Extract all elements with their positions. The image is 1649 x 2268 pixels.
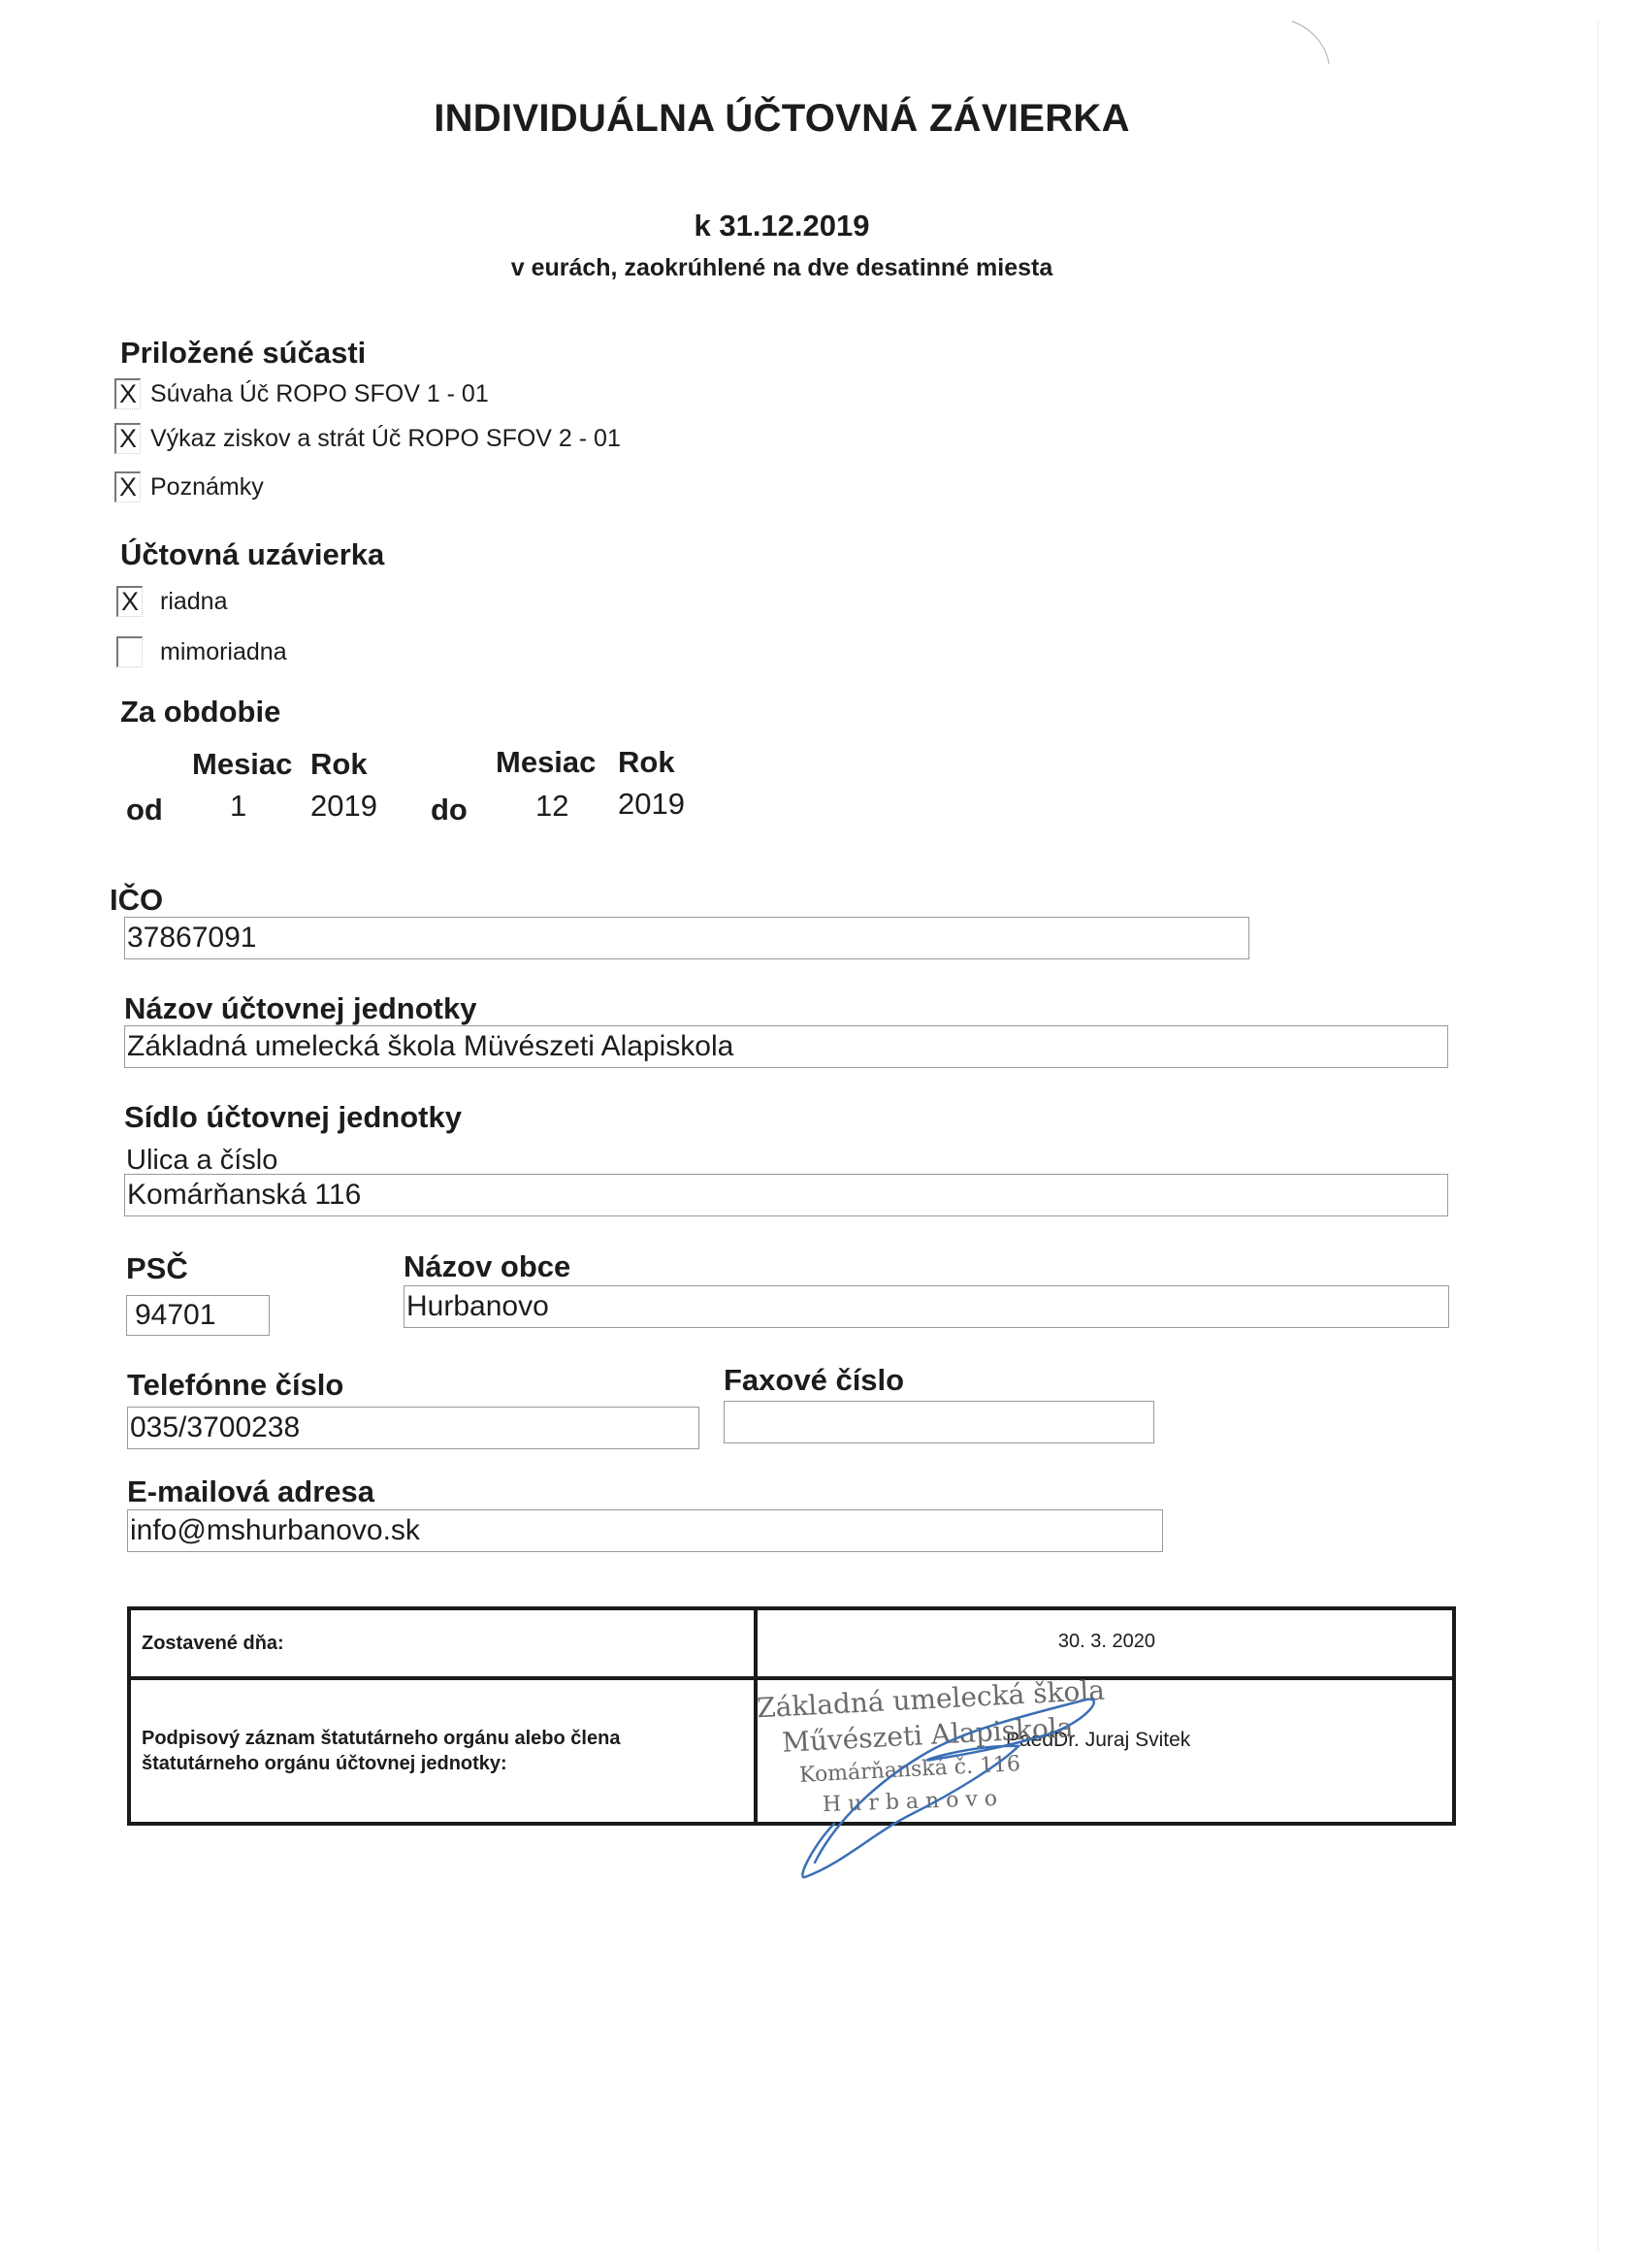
to-label: do xyxy=(431,793,468,827)
signature-label-line1: Podpisový záznam štatutárneho orgánu ale… xyxy=(142,1726,753,1751)
attached-item-balance-sheet[interactable]: X Súvaha Úč ROPO SFOV 1 - 01 xyxy=(114,378,489,409)
page-edge-divider xyxy=(1598,19,1599,2251)
attached-parts-heading: Priložené súčasti xyxy=(120,336,366,371)
from-year-value: 2019 xyxy=(310,789,377,824)
psc-label: PSČ xyxy=(126,1251,188,1286)
checkbox-label: Poznámky xyxy=(150,473,264,502)
city-field[interactable]: Hurbanovo xyxy=(404,1285,1449,1328)
checkbox[interactable] xyxy=(116,636,143,667)
ico-label: IČO xyxy=(110,883,163,918)
city-label: Názov obce xyxy=(404,1249,570,1284)
checkbox-label: Súvaha Úč ROPO SFOV 1 - 01 xyxy=(150,380,489,408)
to-year-value: 2019 xyxy=(618,787,685,822)
attached-item-income-statement[interactable]: X Výkaz ziskov a strát Úč ROPO SFOV 2 - … xyxy=(114,423,621,454)
ico-field[interactable]: 37867091 xyxy=(124,917,1249,959)
compiled-date-value: 30. 3. 2020 xyxy=(759,1611,1451,1653)
closing-type-regular[interactable]: X riadna xyxy=(116,586,228,617)
closing-type-heading: Účtovná uzávierka xyxy=(120,537,384,572)
period-heading: Za obdobie xyxy=(120,695,280,729)
document-date: k 31.12.2019 xyxy=(0,209,1564,243)
document-subtitle: v eurách, zaokrúhlené na dve desatinné m… xyxy=(0,254,1564,282)
entity-name-field[interactable]: Základná umelecká škola Müvészeti Alapis… xyxy=(124,1025,1448,1068)
psc-field[interactable]: 94701 xyxy=(126,1295,270,1336)
checkbox-label: riadna xyxy=(160,588,228,616)
checkbox[interactable]: X xyxy=(116,586,143,617)
compiled-date-label: Zostavené dňa: xyxy=(132,1633,284,1654)
from-month-value: 1 xyxy=(230,789,246,824)
checkbox-label: Výkaz ziskov a strát Úč ROPO SFOV 2 - 01 xyxy=(150,425,621,453)
from-month-label: Mesiac xyxy=(192,747,292,782)
email-label: E-mailová adresa xyxy=(127,1474,374,1509)
checkbox[interactable]: X xyxy=(114,423,141,454)
street-label: Ulica a číslo xyxy=(126,1145,277,1177)
signature-label-line2: štatutárneho orgánu účtovnej jednotky: xyxy=(142,1751,753,1776)
checkbox[interactable]: X xyxy=(114,378,141,409)
street-field[interactable]: Komárňanská 116 xyxy=(124,1174,1448,1216)
scan-artifact-icon xyxy=(1290,19,1348,78)
to-year-label: Rok xyxy=(618,745,675,780)
compiled-date-value-cell: 30. 3. 2020 xyxy=(756,1608,1454,1678)
entity-seat-label: Sídlo účtovnej jednotky xyxy=(124,1100,462,1135)
handwritten-signature-icon xyxy=(795,1678,1106,1892)
to-month-value: 12 xyxy=(535,789,568,824)
phone-label: Telefónne číslo xyxy=(127,1368,343,1403)
fax-label: Faxové číslo xyxy=(724,1363,904,1398)
closing-type-extraordinary[interactable]: mimoriadna xyxy=(116,636,287,667)
compiled-date-label-cell: Zostavené dňa: xyxy=(129,1608,756,1678)
checkbox[interactable]: X xyxy=(114,471,141,502)
signature-label: Podpisový záznam štatutárneho orgánu ale… xyxy=(132,1726,753,1776)
attached-item-notes[interactable]: X Poznámky xyxy=(114,471,264,502)
phone-field[interactable]: 035/3700238 xyxy=(127,1407,699,1449)
from-label: od xyxy=(126,793,163,827)
to-month-label: Mesiac xyxy=(496,745,596,780)
email-field[interactable]: info@mshurbanovo.sk xyxy=(127,1509,1163,1552)
document-title: INDIVIDUÁLNA ÚČTOVNÁ ZÁVIERKA xyxy=(0,97,1564,141)
signature-label-cell: Podpisový záznam štatutárneho orgánu ale… xyxy=(129,1678,756,1824)
from-year-label: Rok xyxy=(310,747,368,782)
entity-name-label: Názov účtovnej jednotky xyxy=(124,991,476,1026)
checkbox-label: mimoriadna xyxy=(160,638,287,666)
fax-field[interactable] xyxy=(724,1401,1154,1443)
